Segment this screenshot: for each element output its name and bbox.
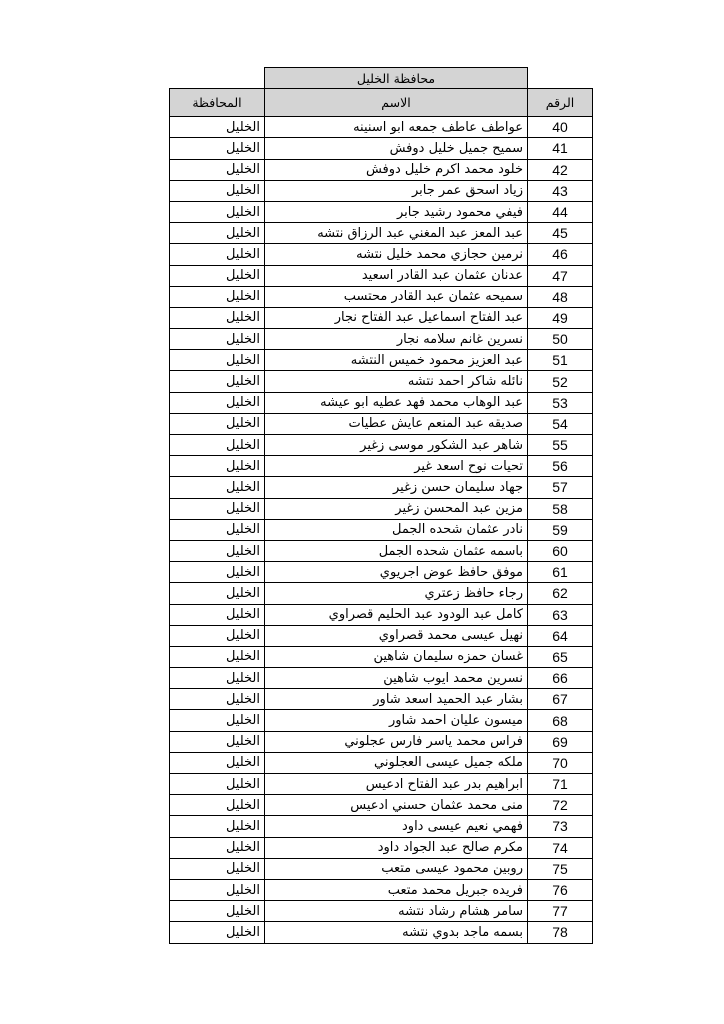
row-name-cell: فريده جبريل محمد متعب — [265, 879, 528, 900]
row-number-cell: 70 — [528, 752, 593, 773]
row-name-cell: بسمه ماجد بدوي نتشه — [265, 922, 528, 943]
table-row: 67بشار عبد الحميد اسعد شاورالخليل — [170, 689, 593, 710]
table-row: 68ميسون عليان احمد شاورالخليل — [170, 710, 593, 731]
table-row: 77سامر هشام رشاد نتشهالخليل — [170, 901, 593, 922]
table-row: 72منى محمد عثمان حسني ادعيسالخليل — [170, 795, 593, 816]
document-page: محافظة الخليل الرقم الاسم المحافظة 40عوا… — [0, 0, 724, 1024]
row-number-cell: 56 — [528, 456, 593, 477]
row-number-cell: 49 — [528, 307, 593, 328]
row-governorate-cell: الخليل — [170, 774, 265, 795]
row-name-cell: عبد المعز عبد المغني عبد الرزاق نتشه — [265, 223, 528, 244]
row-governorate-cell: الخليل — [170, 858, 265, 879]
column-header-governorate: المحافظة — [170, 89, 265, 117]
row-governorate-cell: الخليل — [170, 498, 265, 519]
column-header-number: الرقم — [528, 89, 593, 117]
table-row: 50نسرين غانم سلامه نجارالخليل — [170, 329, 593, 350]
row-name-cell: نرمين حجازي محمد خليل نتشه — [265, 244, 528, 265]
row-number-cell: 61 — [528, 562, 593, 583]
row-governorate-cell: الخليل — [170, 710, 265, 731]
row-name-cell: نائله شاكر احمد نتشه — [265, 371, 528, 392]
row-name-cell: تحيات نوح اسعد غير — [265, 456, 528, 477]
row-governorate-cell: الخليل — [170, 244, 265, 265]
row-number-cell: 59 — [528, 519, 593, 540]
row-name-cell: زياد اسحق عمر جابر — [265, 180, 528, 201]
table-row: 75روبين محمود عيسى متعبالخليل — [170, 858, 593, 879]
row-name-cell: رجاء حافظ زعتري — [265, 583, 528, 604]
row-name-cell: فهمي نعيم عيسى داود — [265, 816, 528, 837]
row-number-cell: 69 — [528, 731, 593, 752]
row-number-cell: 64 — [528, 625, 593, 646]
row-number-cell: 47 — [528, 265, 593, 286]
row-number-cell: 76 — [528, 879, 593, 900]
row-governorate-cell: الخليل — [170, 223, 265, 244]
row-number-cell: 72 — [528, 795, 593, 816]
row-name-cell: كامل عبد الودود عبد الحليم قصراوي — [265, 604, 528, 625]
row-name-cell: موفق حافظ عوض اجريوي — [265, 562, 528, 583]
table-row: 58مزين عبد المحسن زغيرالخليل — [170, 498, 593, 519]
table-row: 70ملكه جميل عيسى العجلونيالخليل — [170, 752, 593, 773]
row-name-cell: سامر هشام رشاد نتشه — [265, 901, 528, 922]
row-governorate-cell: الخليل — [170, 201, 265, 222]
row-governorate-cell: الخليل — [170, 138, 265, 159]
row-governorate-cell: الخليل — [170, 456, 265, 477]
table-row: 41سميح جميل خليل دوفشالخليل — [170, 138, 593, 159]
row-governorate-cell: الخليل — [170, 837, 265, 858]
row-name-cell: نادر عثمان شحده الجمل — [265, 519, 528, 540]
row-governorate-cell: الخليل — [170, 477, 265, 498]
row-name-cell: ملكه جميل عيسى العجلوني — [265, 752, 528, 773]
row-name-cell: صديقه عبد المنعم عايش عطيات — [265, 413, 528, 434]
table-row: 61موفق حافظ عوض اجريويالخليل — [170, 562, 593, 583]
row-governorate-cell: الخليل — [170, 562, 265, 583]
row-number-cell: 58 — [528, 498, 593, 519]
row-number-cell: 41 — [528, 138, 593, 159]
row-number-cell: 54 — [528, 413, 593, 434]
row-number-cell: 68 — [528, 710, 593, 731]
row-name-cell: مكرم صالح عبد الجواد داود — [265, 837, 528, 858]
table-row: 62رجاء حافظ زعتريالخليل — [170, 583, 593, 604]
table-row: 64نهيل عيسى محمد قصراويالخليل — [170, 625, 593, 646]
row-number-cell: 63 — [528, 604, 593, 625]
row-governorate-cell: الخليل — [170, 689, 265, 710]
row-number-cell: 60 — [528, 540, 593, 561]
row-governorate-cell: الخليل — [170, 604, 265, 625]
row-name-cell: روبين محمود عيسى متعب — [265, 858, 528, 879]
table-row: 40عواطف عاطف جمعه ابو اسنينهالخليل — [170, 117, 593, 138]
row-name-cell: سميحه عثمان عبد القادر محتسب — [265, 286, 528, 307]
row-governorate-cell: الخليل — [170, 625, 265, 646]
row-governorate-cell: الخليل — [170, 159, 265, 180]
row-name-cell: فراس محمد ياسر فارس عجلوني — [265, 731, 528, 752]
table-row: 63كامل عبد الودود عبد الحليم قصراويالخلي… — [170, 604, 593, 625]
row-governorate-cell: الخليل — [170, 795, 265, 816]
row-number-cell: 46 — [528, 244, 593, 265]
row-name-cell: عبد الفتاح اسماعيل عبد الفتاح نجار — [265, 307, 528, 328]
table-row: 54صديقه عبد المنعم عايش عطياتالخليل — [170, 413, 593, 434]
table-header-row: الرقم الاسم المحافظة — [170, 89, 593, 117]
table-row: 46نرمين حجازي محمد خليل نتشهالخليل — [170, 244, 593, 265]
row-number-cell: 51 — [528, 350, 593, 371]
row-name-cell: جهاد سليمان حسن زغير — [265, 477, 528, 498]
row-governorate-cell: الخليل — [170, 879, 265, 900]
table-row: 60باسمه عثمان شحده الجملالخليل — [170, 540, 593, 561]
table-row: 73فهمي نعيم عيسى داودالخليل — [170, 816, 593, 837]
governorate-table: محافظة الخليل الرقم الاسم المحافظة 40عوا… — [169, 67, 593, 944]
table-title-row: محافظة الخليل — [170, 68, 593, 89]
table-row: 51عبد العزيز محمود خميس النتشهالخليل — [170, 350, 593, 371]
row-governorate-cell: الخليل — [170, 519, 265, 540]
table-row: 44فيفي محمود رشيد جابرالخليل — [170, 201, 593, 222]
row-name-cell: منى محمد عثمان حسني ادعيس — [265, 795, 528, 816]
row-name-cell: فيفي محمود رشيد جابر — [265, 201, 528, 222]
table-body: 40عواطف عاطف جمعه ابو اسنينهالخليل41سميح… — [170, 117, 593, 943]
row-number-cell: 52 — [528, 371, 593, 392]
table-row: 59نادر عثمان شحده الجملالخليل — [170, 519, 593, 540]
row-governorate-cell: الخليل — [170, 752, 265, 773]
row-number-cell: 73 — [528, 816, 593, 837]
row-name-cell: بشار عبد الحميد اسعد شاور — [265, 689, 528, 710]
row-governorate-cell: الخليل — [170, 540, 265, 561]
row-number-cell: 43 — [528, 180, 593, 201]
row-name-cell: عواطف عاطف جمعه ابو اسنينه — [265, 117, 528, 138]
table-row: 57جهاد سليمان حسن زغيرالخليل — [170, 477, 593, 498]
column-header-name: الاسم — [265, 89, 528, 117]
row-governorate-cell: الخليل — [170, 435, 265, 456]
table-row: 56تحيات نوح اسعد غيرالخليل — [170, 456, 593, 477]
table-row: 45عبد المعز عبد المغني عبد الرزاق نتشهال… — [170, 223, 593, 244]
table-row: 43زياد اسحق عمر جابرالخليل — [170, 180, 593, 201]
row-governorate-cell: الخليل — [170, 646, 265, 667]
row-governorate-cell: الخليل — [170, 922, 265, 943]
table-row: 53عبد الوهاب محمد فهد عطيه ابو عيشهالخلي… — [170, 392, 593, 413]
row-name-cell: نسرين محمد ايوب شاهين — [265, 668, 528, 689]
table-row: 69فراس محمد ياسر فارس عجلونيالخليل — [170, 731, 593, 752]
table-row: 74مكرم صالح عبد الجواد داودالخليل — [170, 837, 593, 858]
row-number-cell: 78 — [528, 922, 593, 943]
row-governorate-cell: الخليل — [170, 286, 265, 307]
row-name-cell: خلود محمد اكرم خليل دوفش — [265, 159, 528, 180]
row-number-cell: 77 — [528, 901, 593, 922]
table-title: محافظة الخليل — [265, 68, 528, 89]
row-governorate-cell: الخليل — [170, 901, 265, 922]
table-row: 65غسان حمزه سليمان شاهينالخليل — [170, 646, 593, 667]
row-number-cell: 44 — [528, 201, 593, 222]
row-governorate-cell: الخليل — [170, 413, 265, 434]
row-number-cell: 65 — [528, 646, 593, 667]
row-number-cell: 62 — [528, 583, 593, 604]
row-name-cell: باسمه عثمان شحده الجمل — [265, 540, 528, 561]
row-governorate-cell: الخليل — [170, 371, 265, 392]
table-row: 78بسمه ماجد بدوي نتشهالخليل — [170, 922, 593, 943]
table-row: 42خلود محمد اكرم خليل دوفشالخليل — [170, 159, 593, 180]
table-row: 66نسرين محمد ايوب شاهينالخليل — [170, 668, 593, 689]
row-number-cell: 40 — [528, 117, 593, 138]
row-number-cell: 42 — [528, 159, 593, 180]
row-number-cell: 50 — [528, 329, 593, 350]
table-row: 52نائله شاكر احمد نتشهالخليل — [170, 371, 593, 392]
row-name-cell: مزين عبد المحسن زغير — [265, 498, 528, 519]
row-name-cell: عبد الوهاب محمد فهد عطيه ابو عيشه — [265, 392, 528, 413]
title-spacer-right — [528, 68, 593, 89]
row-name-cell: سميح جميل خليل دوفش — [265, 138, 528, 159]
row-number-cell: 66 — [528, 668, 593, 689]
row-name-cell: ميسون عليان احمد شاور — [265, 710, 528, 731]
row-name-cell: نسرين غانم سلامه نجار — [265, 329, 528, 350]
row-name-cell: ابراهيم بدر عبد الفتاح ادعيس — [265, 774, 528, 795]
row-number-cell: 67 — [528, 689, 593, 710]
row-governorate-cell: الخليل — [170, 392, 265, 413]
row-governorate-cell: الخليل — [170, 307, 265, 328]
row-governorate-cell: الخليل — [170, 350, 265, 371]
row-governorate-cell: الخليل — [170, 583, 265, 604]
row-name-cell: عدنان عثمان عبد القادر اسعيد — [265, 265, 528, 286]
table-row: 49عبد الفتاح اسماعيل عبد الفتاح نجارالخل… — [170, 307, 593, 328]
row-governorate-cell: الخليل — [170, 329, 265, 350]
title-spacer-left — [170, 68, 265, 89]
row-number-cell: 45 — [528, 223, 593, 244]
row-name-cell: شاهر عبد الشكور موسى زغير — [265, 435, 528, 456]
row-governorate-cell: الخليل — [170, 180, 265, 201]
row-name-cell: عبد العزيز محمود خميس النتشه — [265, 350, 528, 371]
table-row: 76فريده جبريل محمد متعبالخليل — [170, 879, 593, 900]
row-number-cell: 53 — [528, 392, 593, 413]
row-number-cell: 55 — [528, 435, 593, 456]
row-governorate-cell: الخليل — [170, 117, 265, 138]
table-row: 55شاهر عبد الشكور موسى زغيرالخليل — [170, 435, 593, 456]
table-row: 47عدنان عثمان عبد القادر اسعيدالخليل — [170, 265, 593, 286]
row-number-cell: 71 — [528, 774, 593, 795]
row-governorate-cell: الخليل — [170, 265, 265, 286]
row-governorate-cell: الخليل — [170, 668, 265, 689]
row-name-cell: غسان حمزه سليمان شاهين — [265, 646, 528, 667]
row-name-cell: نهيل عيسى محمد قصراوي — [265, 625, 528, 646]
table-row: 48سميحه عثمان عبد القادر محتسبالخليل — [170, 286, 593, 307]
row-number-cell: 74 — [528, 837, 593, 858]
row-number-cell: 48 — [528, 286, 593, 307]
row-number-cell: 75 — [528, 858, 593, 879]
row-governorate-cell: الخليل — [170, 816, 265, 837]
row-governorate-cell: الخليل — [170, 731, 265, 752]
row-number-cell: 57 — [528, 477, 593, 498]
table-row: 71ابراهيم بدر عبد الفتاح ادعيسالخليل — [170, 774, 593, 795]
